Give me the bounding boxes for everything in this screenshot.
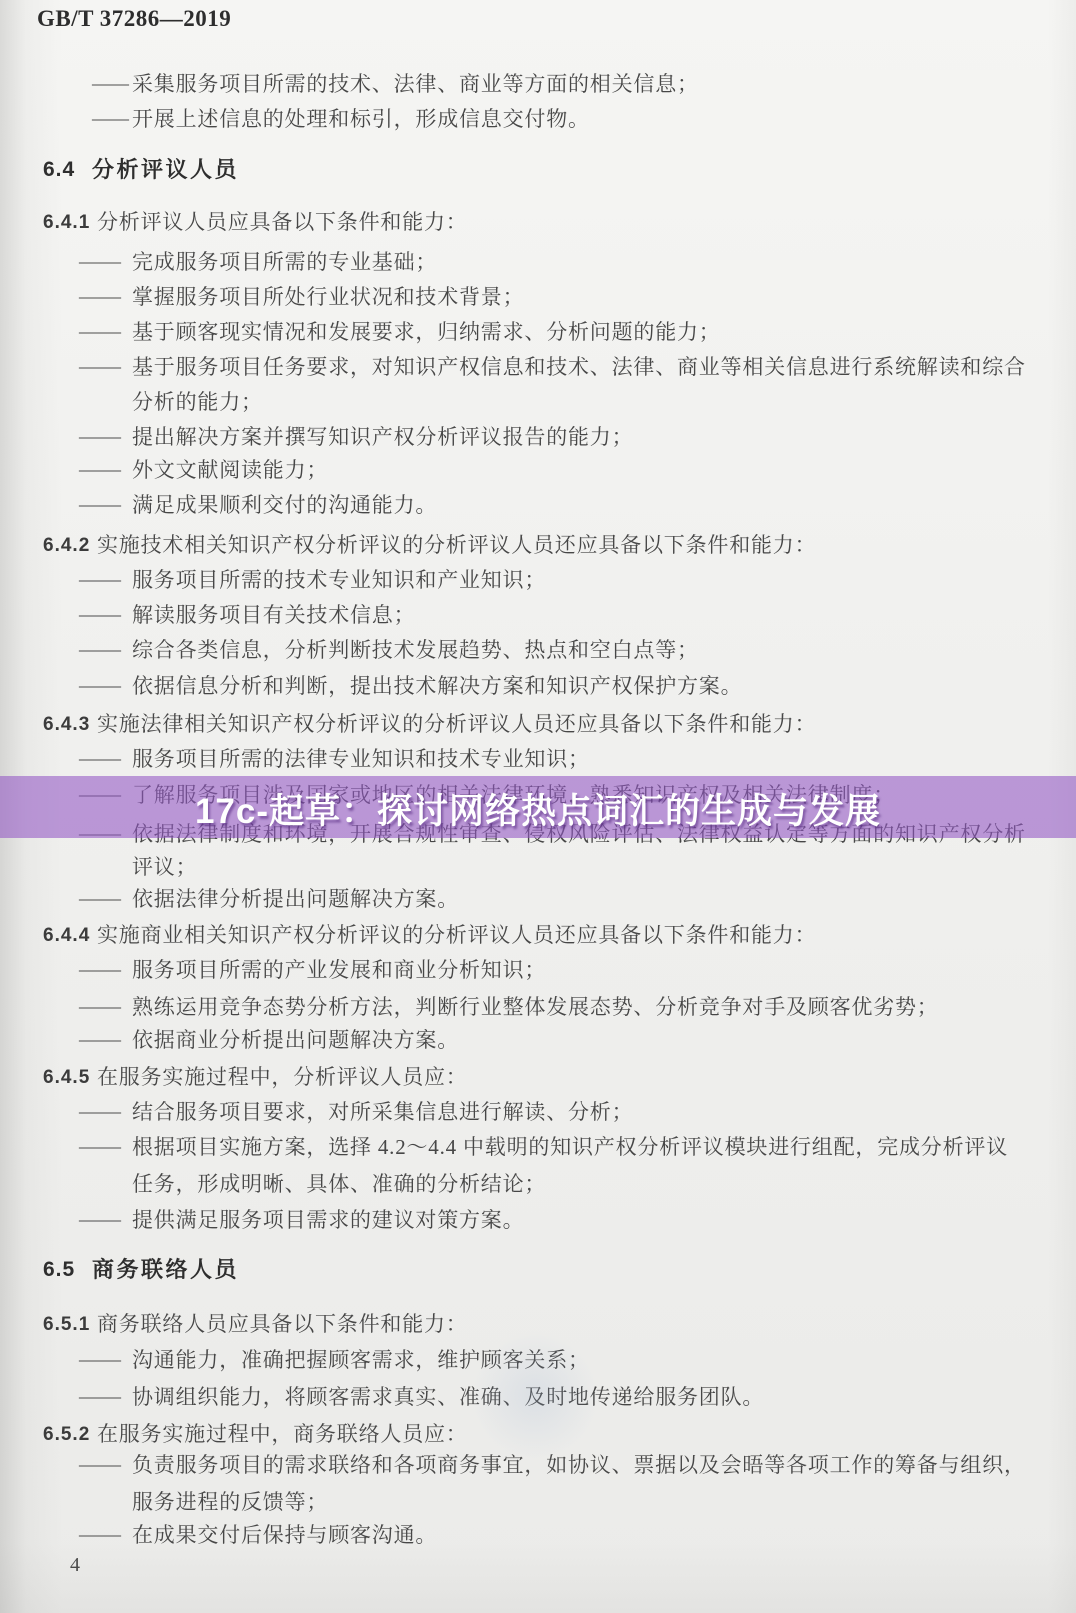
line-text: 商务联络人员 xyxy=(92,1258,1046,1282)
line-text: 服务项目所需的产业发展和商业分析知识； xyxy=(132,958,1046,982)
line-text: 熟练运用竞争态势分析方法，判断行业整体发展态势、分析竞争对手及顾客优劣势； xyxy=(132,995,1046,1019)
list-item-line: ——提出解决方案并撰写知识产权分析评议报告的能力； xyxy=(0,425,1046,449)
list-item-line: ——外文文献阅读能力； xyxy=(0,458,1046,482)
dash-bullet: —— xyxy=(92,71,129,95)
line-text: 掌握服务项目所处行业状况和技术背景； xyxy=(132,285,1046,309)
clause-number: 6.5.1 xyxy=(43,1313,90,1337)
dash-bullet: —— xyxy=(79,746,121,770)
line-text: 商务联络人员应具备以下条件和能力： xyxy=(97,1312,1046,1336)
dash-bullet: —— xyxy=(79,886,121,910)
list-item-line: ——根据项目实施方案，选择 4.2～4.4 中载明的知识产权分析评议模块进行组配… xyxy=(0,1135,1046,1159)
line-text: 解读服务项目有关技术信息； xyxy=(132,603,1046,627)
list-item-line: ——结合服务项目要求，对所采集信息进行解读、分析； xyxy=(0,1100,1046,1124)
dash-bullet: —— xyxy=(79,994,121,1018)
dash-bullet: —— xyxy=(79,602,121,626)
clause-line: 6.5.1商务联络人员应具备以下条件和能力： xyxy=(0,1312,1046,1336)
clause-number: 6.4.4 xyxy=(43,924,90,948)
clause-number: 6.4.5 xyxy=(43,1066,90,1090)
line-text: 任务，形成明晰、具体、准确的分析结论； xyxy=(132,1172,1046,1196)
clause-line: 6.4.3实施法律相关知识产权分析评议的分析评议人员还应具备以下条件和能力： xyxy=(0,712,1046,736)
list-item-line: ——开展上述信息的处理和标引，形成信息交付物。 xyxy=(0,107,1046,131)
dash-bullet: —— xyxy=(79,1347,121,1371)
line-text: 采集服务项目所需的技术、法律、商业等方面的相关信息； xyxy=(132,72,1046,96)
line-text: 协调组织能力，将顾客需求真实、准确、及时地传递给服务团队。 xyxy=(132,1385,1046,1409)
line-text: 在服务实施过程中，商务联络人员应： xyxy=(97,1422,1046,1446)
dash-bullet: —— xyxy=(79,1099,121,1123)
clause-line: 6.4.1分析评议人员应具备以下条件和能力： xyxy=(0,210,1046,234)
list-item-line: ——服务项目所需的产业发展和商业分析知识； xyxy=(0,958,1046,982)
document-page: GB/T 37286—2019 ——采集服务项目所需的技术、法律、商业等方面的相… xyxy=(0,0,1076,1613)
clause-number: 6.4 xyxy=(43,158,75,182)
list-item-line: ——采集服务项目所需的技术、法律、商业等方面的相关信息； xyxy=(0,72,1046,96)
line-text: 在服务实施过程中，分析评议人员应： xyxy=(97,1065,1046,1089)
list-item-line: ——负责服务项目的需求联络和各项商务事宜，如协议、票据以及会晤等各项工作的筹备与… xyxy=(0,1453,1046,1477)
line-text: 服务项目所需的法律专业知识和技术专业知识； xyxy=(132,747,1046,771)
section-heading: 6.5商务联络人员 xyxy=(0,1258,1046,1282)
dash-bullet: —— xyxy=(79,424,121,448)
dash-bullet: —— xyxy=(79,319,121,343)
dash-bullet: —— xyxy=(79,673,121,697)
list-item-line: ——提供满足服务项目需求的建议对策方案。 xyxy=(0,1208,1046,1232)
list-item-line: ——完成服务项目所需的专业基础； xyxy=(0,250,1046,274)
clause-number: 6.4.2 xyxy=(43,534,90,558)
dash-bullet: —— xyxy=(79,1134,121,1158)
clause-line: 6.4.5在服务实施过程中，分析评议人员应： xyxy=(0,1065,1046,1089)
line-text: 负责服务项目的需求联络和各项商务事宜，如协议、票据以及会晤等各项工作的筹备与组织… xyxy=(132,1453,1046,1477)
clause-line: 6.4.4实施商业相关知识产权分析评议的分析评议人员还应具备以下条件和能力： xyxy=(0,923,1046,947)
list-item-line: ——掌握服务项目所处行业状况和技术背景； xyxy=(0,285,1046,309)
line-text: 依据商业分析提出问题解决方案。 xyxy=(132,1028,1046,1052)
line-text: 实施法律相关知识产权分析评议的分析评议人员还应具备以下条件和能力： xyxy=(97,712,1046,736)
list-item-line: ——协调组织能力，将顾客需求真实、准确、及时地传递给服务团队。 xyxy=(0,1385,1046,1409)
clause-number: 6.4.3 xyxy=(43,713,90,737)
dash-bullet: —— xyxy=(79,1522,121,1546)
line-text: 服务进程的反馈等； xyxy=(132,1490,1046,1514)
list-item-line: ——熟练运用竞争态势分析方法，判断行业整体发展态势、分析竞争对手及顾客优劣势； xyxy=(0,995,1046,1019)
clause-line: 6.5.2在服务实施过程中，商务联络人员应： xyxy=(0,1422,1046,1446)
line-text: 开展上述信息的处理和标引，形成信息交付物。 xyxy=(132,107,1046,131)
clause-number: 6.4.1 xyxy=(43,211,90,235)
continuation-line: 评议； xyxy=(0,855,1046,879)
list-item-line: ——基于服务项目任务要求，对知识产权信息和技术、法律、商业等相关信息进行系统解读… xyxy=(0,355,1046,379)
overlay-banner-text: 17c-起草：探讨网络热点词汇的生成与发展 xyxy=(195,781,881,834)
clause-number: 6.5 xyxy=(43,1258,75,1282)
line-text: 综合各类信息，分析判断技术发展趋势、热点和空白点等； xyxy=(132,638,1046,662)
dash-bullet: —— xyxy=(79,1384,121,1408)
dash-bullet: —— xyxy=(79,492,121,516)
line-text: 外文文献阅读能力； xyxy=(132,458,1046,482)
line-text: 提出解决方案并撰写知识产权分析评议报告的能力； xyxy=(132,425,1046,449)
line-text: 实施技术相关知识产权分析评议的分析评议人员还应具备以下条件和能力： xyxy=(97,533,1046,557)
list-item-line: ——服务项目所需的技术专业知识和产业知识； xyxy=(0,568,1046,592)
page-number: 4 xyxy=(70,1554,80,1577)
dash-bullet: —— xyxy=(79,249,121,273)
continuation-line: 任务，形成明晰、具体、准确的分析结论； xyxy=(0,1172,1046,1196)
clause-number: 6.5.2 xyxy=(43,1423,90,1447)
line-text: 基于顾客现实情况和发展要求，归纳需求、分析问题的能力； xyxy=(132,320,1046,344)
line-text: 评议； xyxy=(132,855,1046,879)
line-text: 沟通能力，准确把握顾客需求，维护顾客关系； xyxy=(132,1348,1046,1372)
list-item-line: ——综合各类信息，分析判断技术发展趋势、热点和空白点等； xyxy=(0,638,1046,662)
section-heading: 6.4分析评议人员 xyxy=(0,158,1046,182)
line-text: 提供满足服务项目需求的建议对策方案。 xyxy=(132,1208,1046,1232)
dash-bullet: —— xyxy=(79,567,121,591)
line-text: 满足成果顺利交付的沟通能力。 xyxy=(132,493,1046,517)
line-text: 依据信息分析和判断，提出技术解决方案和知识产权保护方案。 xyxy=(132,674,1046,698)
list-item-line: ——沟通能力，准确把握顾客需求，维护顾客关系； xyxy=(0,1348,1046,1372)
overlay-banner: 17c-起草：探讨网络热点词汇的生成与发展 xyxy=(0,776,1076,838)
list-item-line: ——基于顾客现实情况和发展要求，归纳需求、分析问题的能力； xyxy=(0,320,1046,344)
list-item-line: ——依据信息分析和判断，提出技术解决方案和知识产权保护方案。 xyxy=(0,674,1046,698)
line-text: 分析的能力； xyxy=(132,390,1046,414)
line-text: 实施商业相关知识产权分析评议的分析评议人员还应具备以下条件和能力： xyxy=(97,923,1046,947)
dash-bullet: —— xyxy=(79,637,121,661)
line-text: 完成服务项目所需的专业基础； xyxy=(132,250,1046,274)
clause-line: 6.4.2实施技术相关知识产权分析评议的分析评议人员还应具备以下条件和能力： xyxy=(0,533,1046,557)
list-item-line: ——服务项目所需的法律专业知识和技术专业知识； xyxy=(0,747,1046,771)
dash-bullet: —— xyxy=(79,957,121,981)
dash-bullet: —— xyxy=(79,354,121,378)
dash-bullet: —— xyxy=(79,1207,121,1231)
line-text: 分析评议人员 xyxy=(92,158,1046,182)
standard-number-header: GB/T 37286—2019 xyxy=(37,6,231,32)
list-item-line: ——依据法律分析提出问题解决方案。 xyxy=(0,887,1046,911)
dash-bullet: —— xyxy=(79,284,121,308)
continuation-line: 分析的能力； xyxy=(0,390,1046,414)
line-text: 根据项目实施方案，选择 4.2～4.4 中载明的知识产权分析评议模块进行组配，完… xyxy=(132,1135,1046,1159)
dash-bullet: —— xyxy=(79,1027,121,1051)
dash-bullet: —— xyxy=(79,457,121,481)
dash-bullet: —— xyxy=(79,1452,121,1476)
list-item-line: ——解读服务项目有关技术信息； xyxy=(0,603,1046,627)
list-item-line: ——在成果交付后保持与顾客沟通。 xyxy=(0,1523,1046,1547)
line-text: 结合服务项目要求，对所采集信息进行解读、分析； xyxy=(132,1100,1046,1124)
line-text: 在成果交付后保持与顾客沟通。 xyxy=(132,1523,1046,1547)
line-text: 分析评议人员应具备以下条件和能力： xyxy=(97,210,1046,234)
line-text: 基于服务项目任务要求，对知识产权信息和技术、法律、商业等相关信息进行系统解读和综… xyxy=(132,355,1046,379)
line-text: 依据法律分析提出问题解决方案。 xyxy=(132,887,1046,911)
continuation-line: 服务进程的反馈等； xyxy=(0,1490,1046,1514)
line-text: 服务项目所需的技术专业知识和产业知识； xyxy=(132,568,1046,592)
list-item-line: ——依据商业分析提出问题解决方案。 xyxy=(0,1028,1046,1052)
list-item-line: ——满足成果顺利交付的沟通能力。 xyxy=(0,493,1046,517)
dash-bullet: —— xyxy=(92,106,129,130)
